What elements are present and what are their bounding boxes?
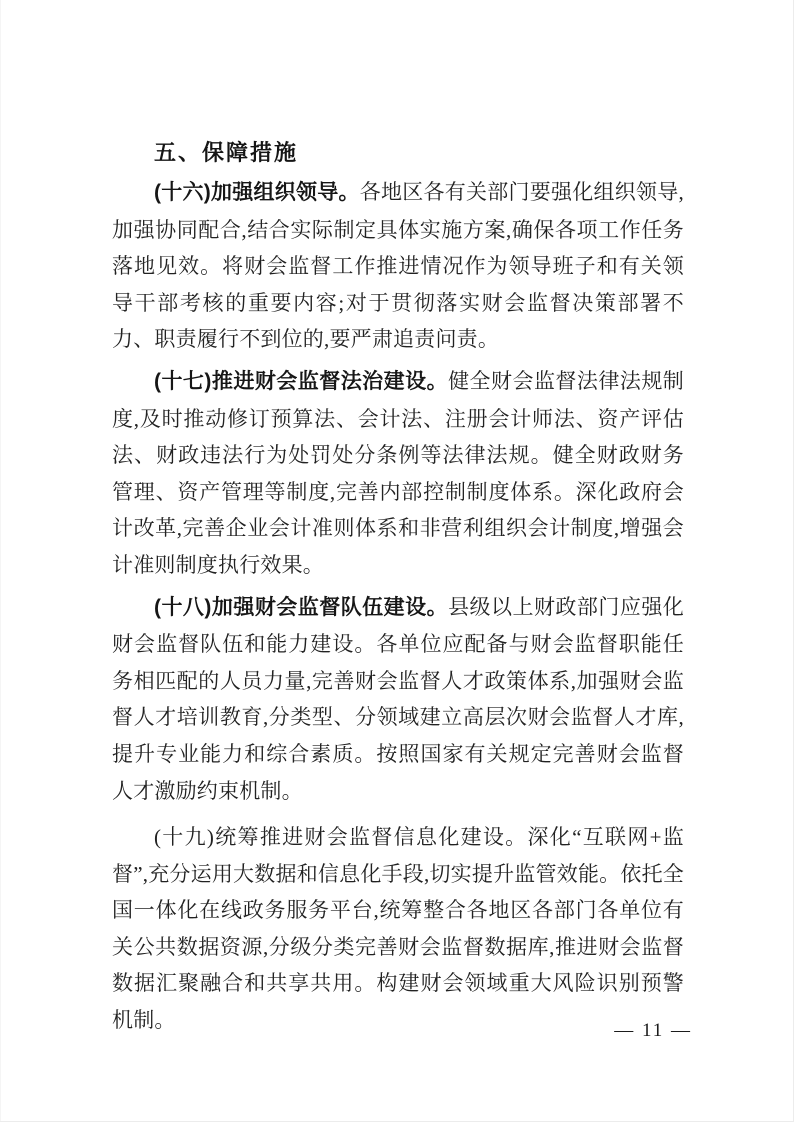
paragraph-16-text: 各地区各有关部门要强化组织领导,加强协同配合,结合实际制定具体实施方案,确保各项… bbox=[112, 180, 684, 351]
paragraph-19: (十九)统筹推进财会监督信息化建设。深化“互联网+监督”,充分运用大数据和信息化… bbox=[112, 819, 684, 1039]
paragraph-18-text: 县级以上财政部门应强化财会监督队伍和能力建设。各单位应配备与财会监督职能任务相匹… bbox=[112, 595, 684, 803]
paragraph-17-lead: (十七)推进财会监督法治建设。 bbox=[154, 370, 448, 393]
paragraph-17-text: 健全财会监督法律法规制度,及时推动修订预算法、会计法、注册会计师法、资产评估法、… bbox=[112, 369, 684, 577]
paragraph-17: (十七)推进财会监督法治建设。健全财会监督法律法规制度,及时推动修订预算法、会计… bbox=[112, 363, 684, 584]
paragraph-18: (十八)加强财会监督队伍建设。县级以上财政部门应强化财会监督队伍和能力建设。各单… bbox=[112, 589, 684, 810]
paragraph-18-lead: (十八)加强财会监督队伍建设。 bbox=[154, 596, 448, 619]
paragraph-16-lead: (十六)加强组织领导。 bbox=[154, 181, 360, 204]
document-page: 五、保障措施 (十六)加强组织领导。各地区各有关部门要强化组织领导,加强协同配合… bbox=[0, 0, 794, 1122]
document-body: 五、保障措施 (十六)加强组织领导。各地区各有关部门要强化组织领导,加强协同配合… bbox=[112, 134, 684, 1039]
paragraph-16: (十六)加强组织领导。各地区各有关部门要强化组织领导,加强协同配合,结合实际制定… bbox=[112, 174, 684, 358]
paragraph-19-text: 深化“互联网+监督”,充分运用大数据和信息化手段,切实提升监管效能。依托全国一体… bbox=[112, 825, 684, 1032]
paragraph-19-lead: (十九)统筹推进财会监督信息化建设。 bbox=[154, 825, 528, 849]
page-number: — 11 — bbox=[614, 1020, 692, 1042]
section-heading: 五、保障措施 bbox=[112, 134, 684, 172]
